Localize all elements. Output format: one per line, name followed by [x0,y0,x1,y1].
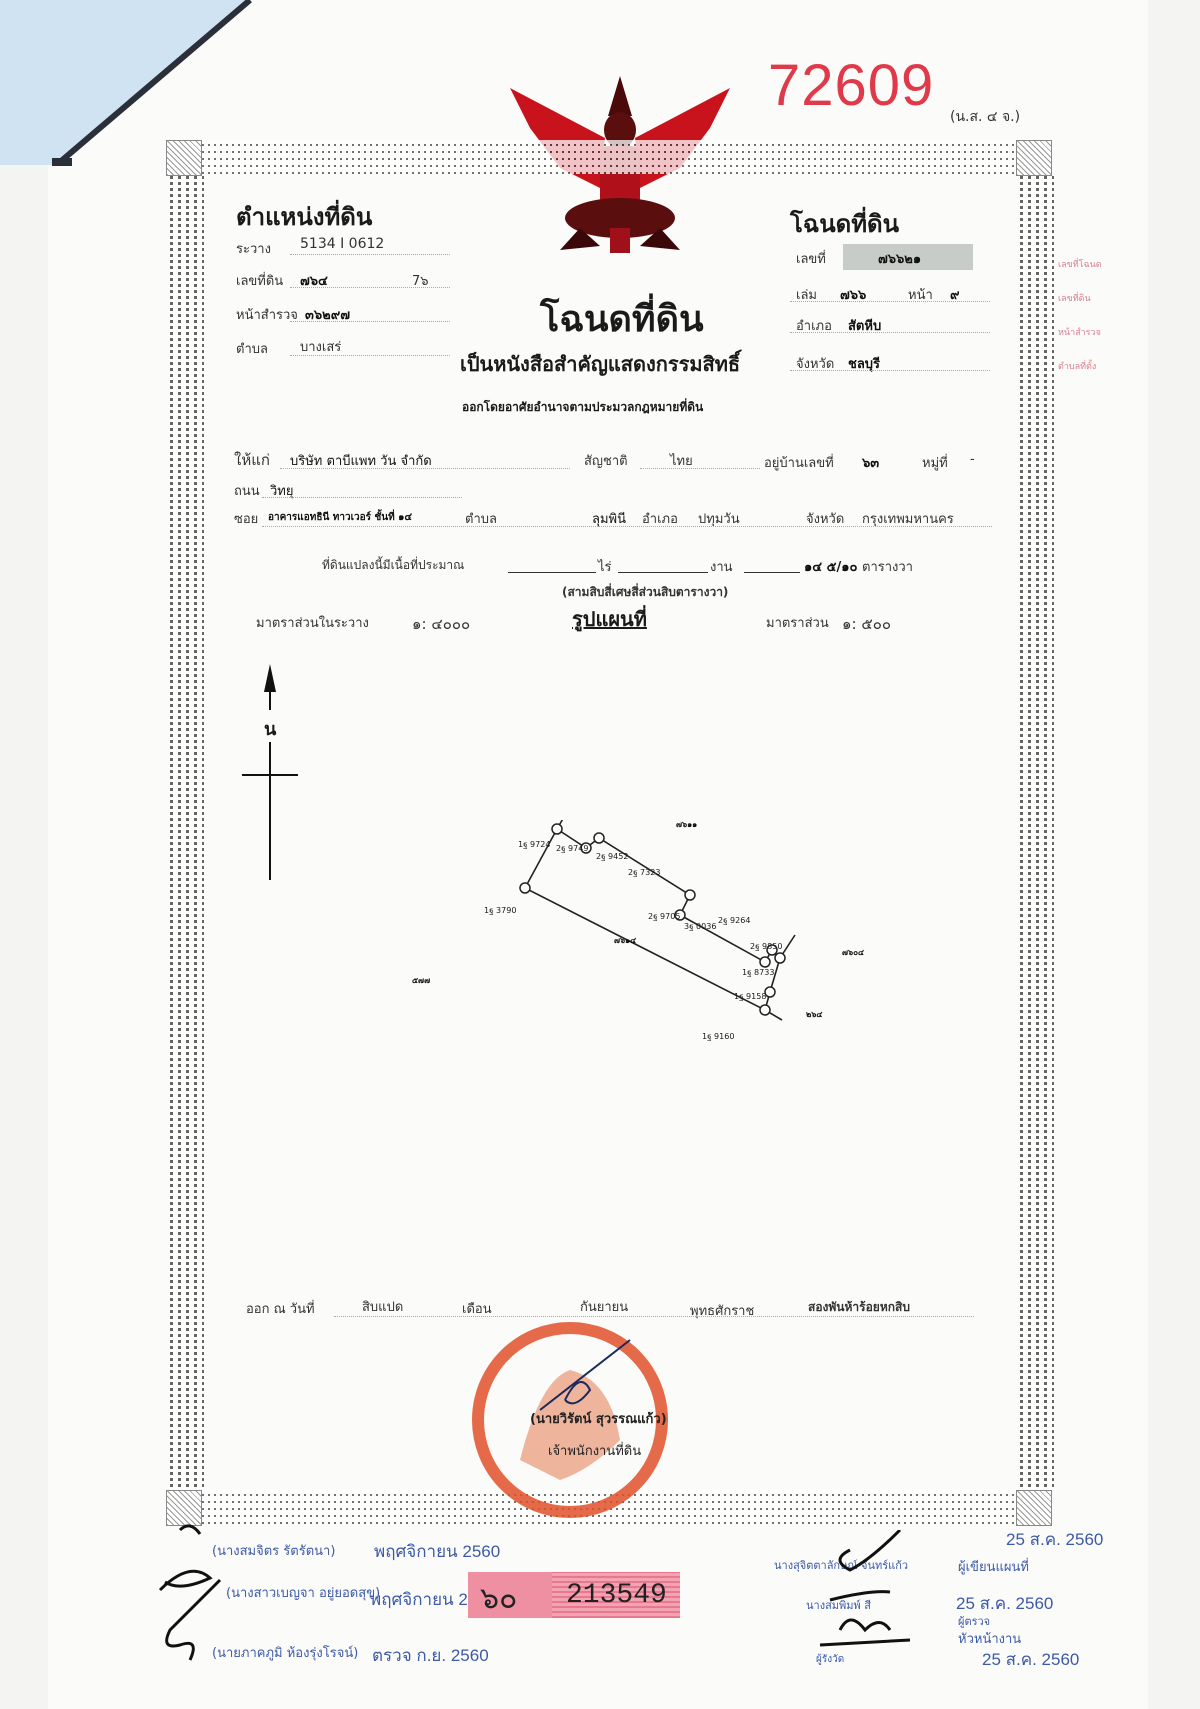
corner-rosette-icon [1016,140,1052,176]
soi-label: ซอย [234,508,258,529]
boundary-label: 1ฐ 9724 [518,838,550,851]
boundary-label: 2ฐ 9749 [556,842,588,855]
form-code: (น.ส. ๔ จ.) [950,106,1020,128]
border-right [1020,174,1054,1490]
area-label: ที่ดินแปลงนี้มีเนื้อที่ประมาณ [322,556,464,575]
owner-to-label: ให้แก่ [234,448,270,472]
subdistrict-label: ตำบล [236,338,268,359]
issue-day: สิบแปด [362,1296,403,1317]
document-title: โฉนดที่ดิน [540,290,704,347]
map-scale-label: มาตราส่วน [766,612,829,633]
boundary-label: 1ฐ 9160 [702,1030,734,1043]
boundary-label: 1ฐ 3790 [484,904,516,917]
issued-by-text: ออกโดยอาศัยอำนาจตามประมวลกฎหมายที่ดิน [462,398,703,417]
survey-scale-label: มาตราส่วนในระวาง [256,612,369,633]
wah-unit: ตารางวา [862,556,913,577]
location-heading: ตำแหน่งที่ดิน [236,197,372,236]
footer-right-date: 25 ส.ค. 2560 [1006,1526,1103,1553]
road-label: ถนน [234,480,260,501]
house-number-label: อยู่บ้านเลขที่ [764,452,834,473]
serial-number: 213549 [566,1580,667,1611]
margin-note: หน้าสำรวจ [1058,316,1102,350]
footer-left-date: พฤศจิกายน 2560 [374,1538,500,1565]
official-name: (นายวิรัตน์ สุวรรณแก้ว) [530,1408,667,1429]
neighbor-label: ๕๗๗ [412,974,430,987]
deed-number-label: เลขที่ [796,248,826,269]
area-in-words: (สามสิบสี่เศษสี่ส่วนสิบตารางวา) [562,583,728,602]
footer-right-date: 25 ส.ค. 2560 [982,1646,1079,1673]
soi-value: อาคารแอทธินี ทาวเวอร์ ชั้นที่ ๑๔ [268,510,412,525]
margin-notes: เลขที่โฉนด เลขที่ดิน หน้าสำรวจ ตำบลที่ตั… [1058,248,1102,384]
house-number-value: ๖๓ [862,452,879,473]
parcel-number-label: เลขที่ดิน [236,270,283,291]
neighbor-label: ๒๖๔ [806,1008,822,1021]
boundary-label: 2ฐ 9850 [750,940,782,953]
corner-rosette-icon [166,140,202,176]
survey-page-label: หน้าสำรวจ [236,304,298,325]
margin-note: เลขที่โฉนด [1058,248,1102,282]
neighbor-label: ๗๖๑๔ [614,934,636,947]
signature-icon [150,1520,270,1670]
neighbor-label: ๗๖๑๑ [676,818,697,831]
ngan-unit: งาน [710,556,733,577]
boundary-label: 2ฐ 9452 [596,850,628,863]
issue-era-label: พุทธศักราช [690,1300,754,1321]
boundary-label: 2ฐ 7323 [628,866,660,879]
margin-note: เลขที่ดิน [1058,282,1102,316]
footer-right-note: ผู้เขียนแผนที่ [958,1556,1029,1577]
footer-left-date: ตรวจ ก.ย. 2560 [372,1642,489,1669]
page-number: 72609 [768,52,934,119]
pink-stamp-label: ๖๐ [480,1575,517,1622]
map-sheet-label: ระวาง [236,238,271,259]
nationality-label: สัญชาติ [584,450,628,471]
moo-value: - [970,452,975,467]
deed-heading: โฉนดที่ดิน [790,204,899,243]
deed-number-value: ๗๖๖๒๑ [878,248,921,269]
survey-scale-value: ๑: ๔๐๐๐ [412,612,470,636]
corner-rosette-icon [1016,1490,1052,1526]
boundary-label: 2ฐ 9705 [648,910,680,923]
boundary-label: 1ฐ 8733 [742,966,774,979]
issue-prefix: ออก ณ วันที่ [246,1298,315,1319]
moo-label: หมู่ที่ [922,452,948,473]
map-title: รูปแผนที่ [572,603,647,635]
issue-year: สองพันห้าร้อยหกสิบ [808,1298,910,1317]
north-label: น [264,714,276,743]
border-top [186,140,1044,174]
issue-month: กันยายน [580,1296,628,1317]
border-left [170,174,204,1490]
neighbor-label: ๗๖๐๔ [842,946,864,959]
north-arrow-icon [240,660,300,880]
rai-unit: ไร่ [598,556,612,577]
boundary-label: 2ฐ 9264 [718,914,750,927]
wah-value: ๑๔ ๕/๑๐ [804,556,857,577]
official-title: เจ้าพนักงานที่ดิน [548,1440,641,1461]
subdistrict-value: บางเสร่ [300,336,341,357]
boundary-label: 1ฐ 9158 [734,990,766,1003]
boundary-label: 3ฐ 0036 [684,920,716,933]
map-scale-value: ๑: ๕๐๐ [842,612,891,636]
signature-icon [810,1530,920,1660]
margin-note: ตำบลที่ตั้ง [1058,350,1102,384]
document-subtitle: เป็นหนังสือสำคัญแสดงกรรมสิทธิ์ [460,348,740,380]
map-sheet-value: 5134 I 0612 [300,236,384,252]
